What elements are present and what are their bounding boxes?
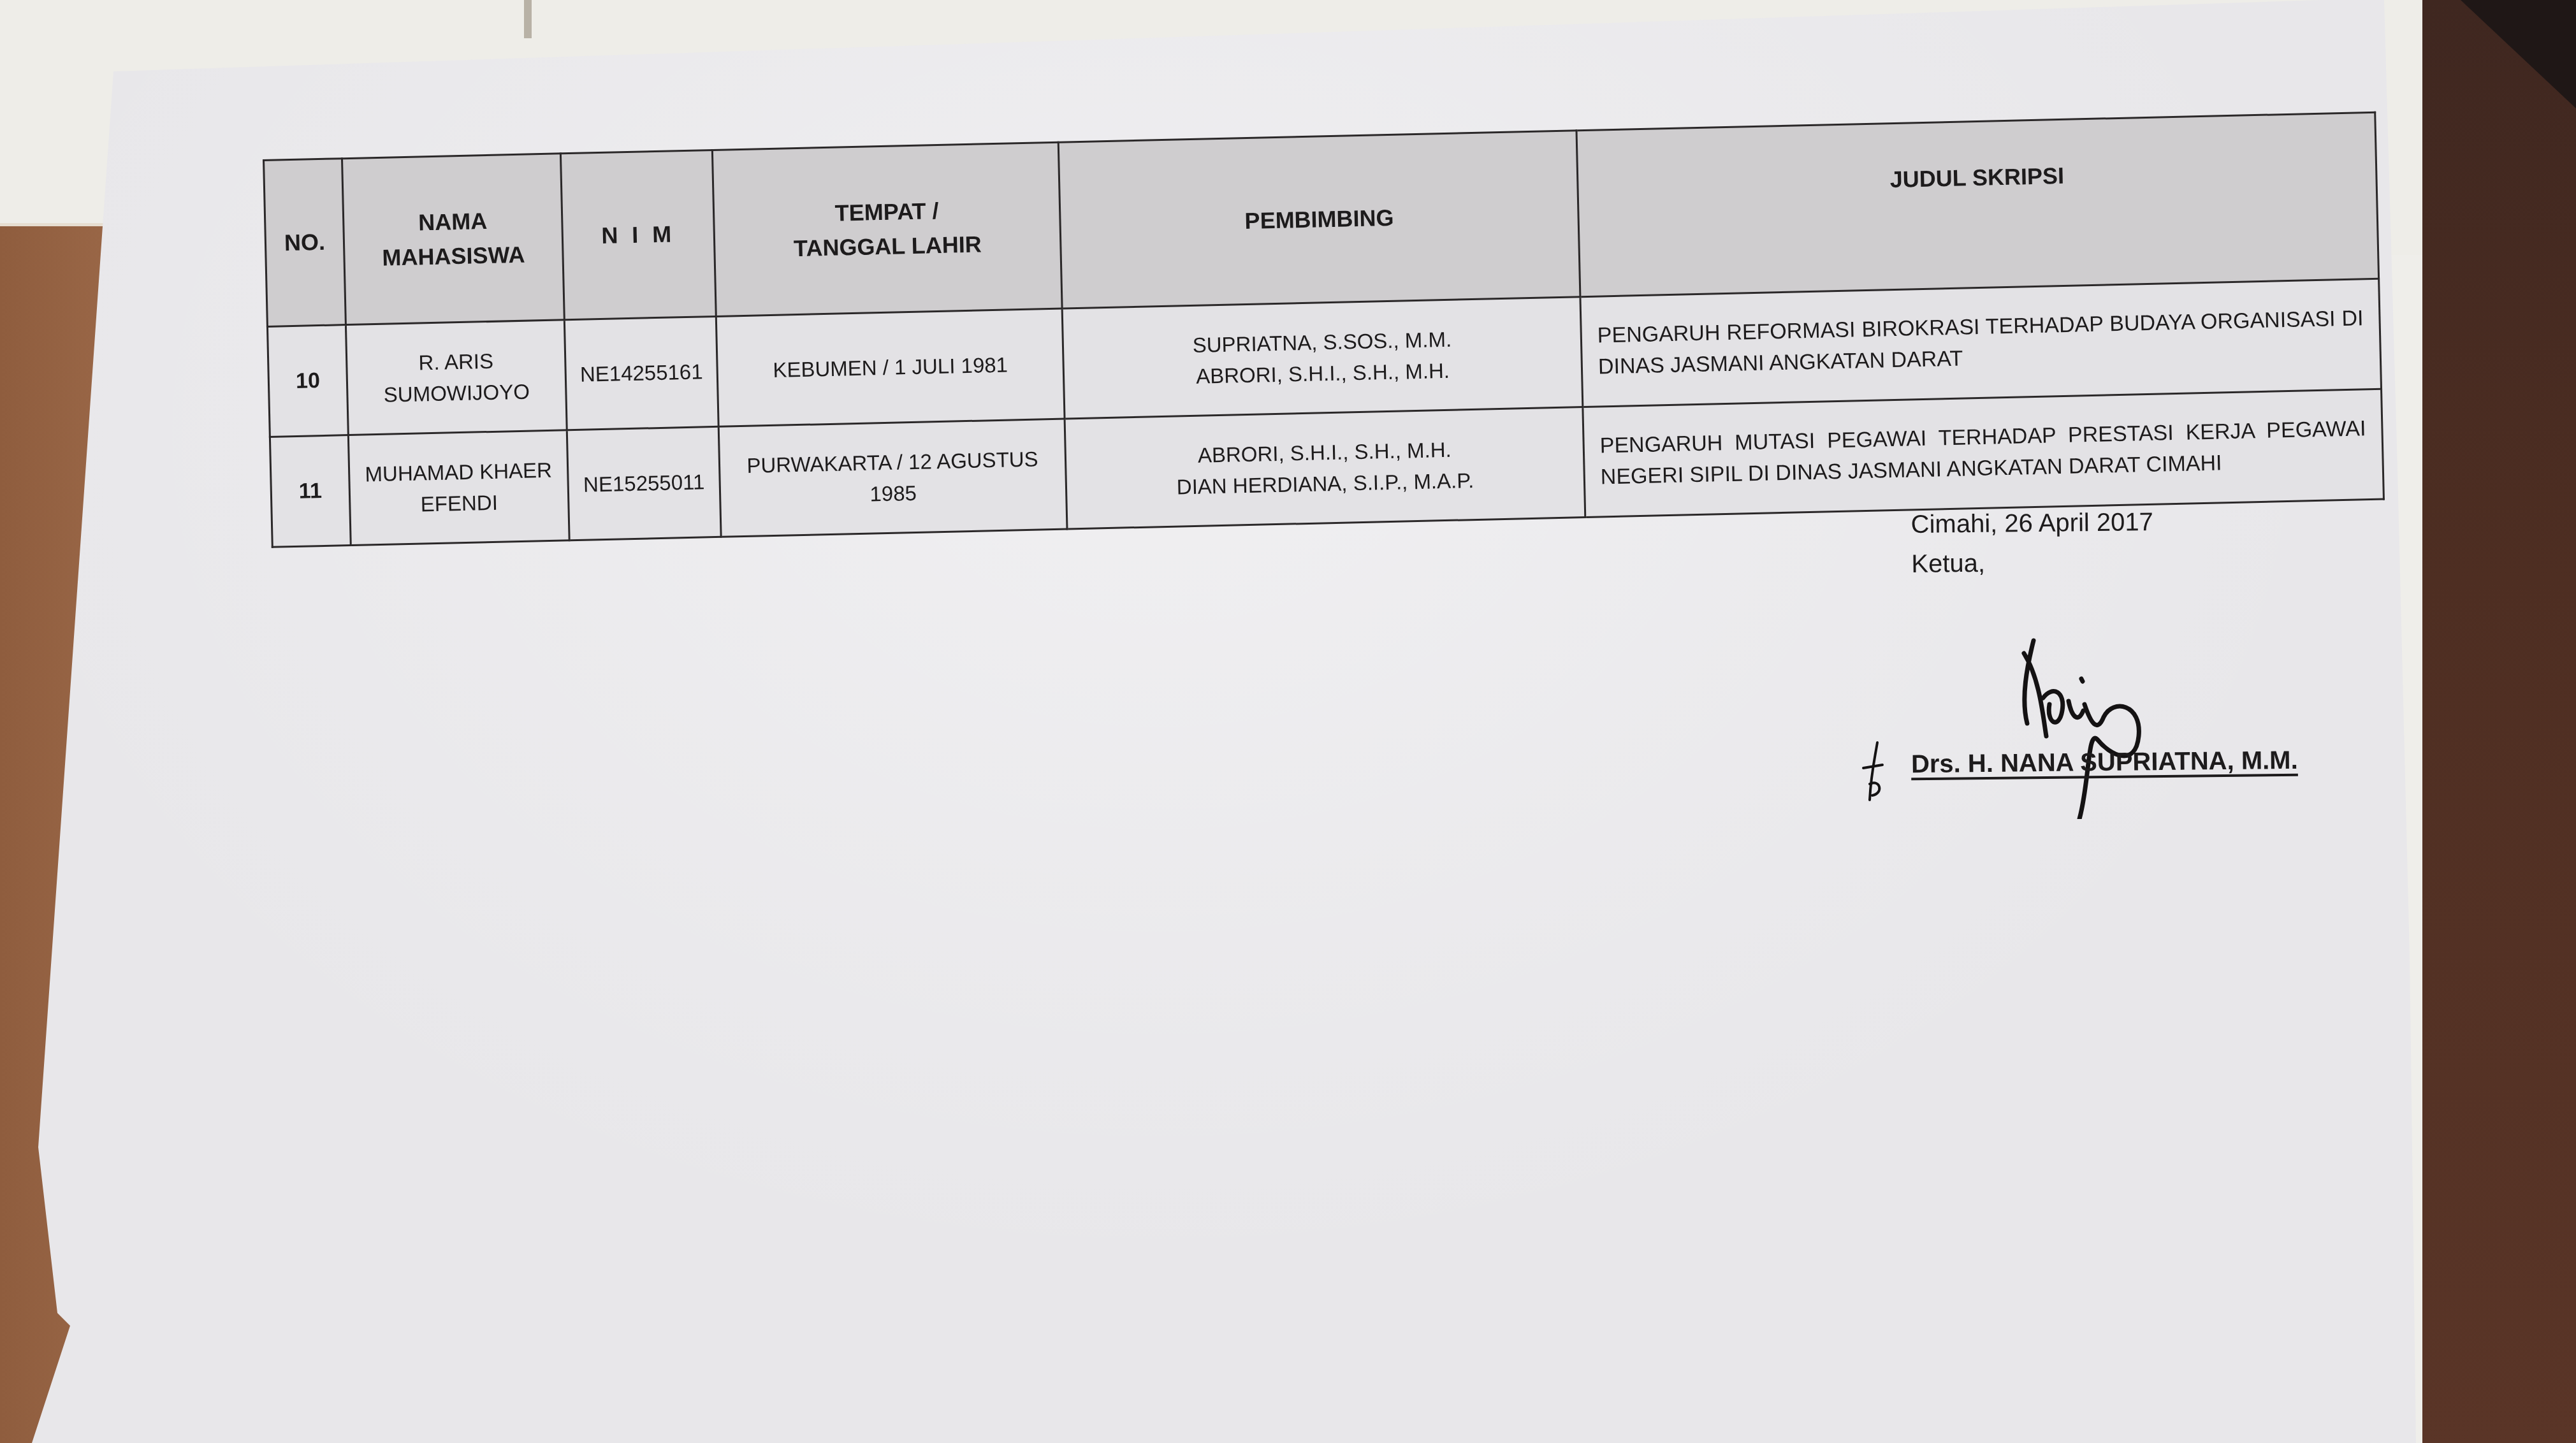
- cell-pembimbing: ABRORI, S.H.I., S.H., M.H. DIAN HERDIANA…: [1065, 407, 1585, 529]
- header-nama-line2: MAHASISWA: [351, 237, 556, 276]
- cell-nama: R. ARIS SUMOWIJOYO: [346, 320, 567, 435]
- handwritten-signature-icon: [2008, 628, 2148, 819]
- header-nama-mahasiswa: NAMA MAHASISWA: [342, 154, 565, 325]
- header-nim: N I M: [560, 150, 716, 319]
- place-date: Cimahi, 26 April 2017: [1910, 502, 2153, 544]
- cell-pembimbing: SUPRIATNA, S.SOS., M.M. ABRORI, S.H.I., …: [1062, 297, 1583, 419]
- thesis-table: NO. NAMA MAHASISWA N I M TEMPAT / TANGGA…: [263, 112, 2385, 548]
- header-no: NO.: [264, 159, 346, 327]
- signer-role: Ketua,: [1911, 542, 2154, 584]
- header-tempat-tanggal-lahir: TEMPAT / TANGGAL LAHIR: [712, 142, 1062, 316]
- cell-no: 10: [267, 325, 348, 437]
- cell-nim: NE15255011: [567, 426, 721, 540]
- cell-nama-line1: MUHAMAD KHAER: [356, 454, 561, 490]
- cell-judul: PENGARUH REFORMASI BIROKRASI TERHADAP BU…: [1580, 279, 2382, 407]
- cell-tempat-tanggal-lahir: PURWAKARTA / 12 AGUSTUS 1985: [718, 419, 1067, 537]
- cell-judul: PENGARUH MUTASI PEGAWAI TERHADAP PRESTAS…: [1583, 389, 2384, 517]
- cell-tempat-tanggal-lahir: KEBUMEN / 1 JULI 1981: [716, 308, 1065, 426]
- header-ttl-line2: TANGGAL LAHIR: [722, 226, 1054, 268]
- cell-ttl-line1: KEBUMEN / 1 JULI 1981: [724, 348, 1056, 387]
- cell-nama: MUHAMAD KHAER EFENDI: [348, 430, 569, 546]
- cell-no: 11: [270, 435, 351, 547]
- initial-mark-icon: [1858, 739, 1890, 803]
- wall-slot: [524, 0, 532, 38]
- header-nama-line1: NAMA: [351, 203, 555, 242]
- signature-block: Cimahi, 26 April 2017 Ketua,: [1910, 502, 2153, 584]
- cell-nim: NE14255161: [564, 316, 718, 430]
- wooden-surface-right: [2422, 0, 2576, 1443]
- cell-nama-line2: EFENDI: [357, 486, 562, 522]
- header-judul-skripsi: JUDUL SKRIPSI: [1576, 112, 2379, 296]
- header-pembimbing: PEMBIMBING: [1058, 131, 1580, 308]
- cell-nama-line1: R. ARIS: [354, 344, 558, 380]
- cell-nama-line2: SUMOWIJOYO: [354, 375, 559, 412]
- signer-name: Drs. H. NANA SUPRIATNA, M.M.: [1911, 746, 2298, 779]
